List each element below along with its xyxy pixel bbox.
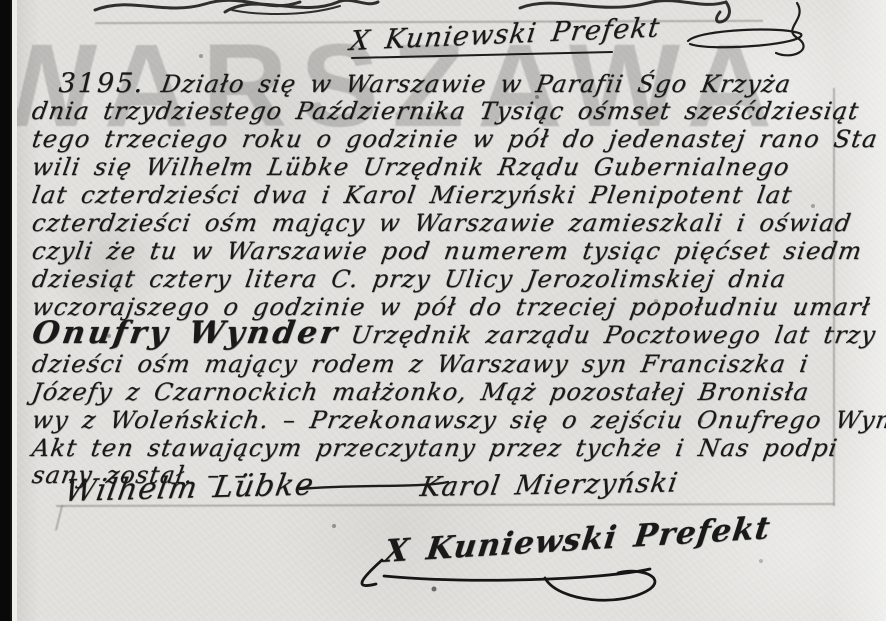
record-line: lat czterdzieści dwa i Karol Mierzyński … (30, 182, 794, 209)
record-line: Akt ten stawającym przeczytany przez tyc… (30, 435, 840, 462)
record-line: czyli że tu w Warszawie pod numerem tysi… (30, 238, 864, 265)
left-binding-edge (0, 0, 17, 621)
record-line: czterdzieści ośm mający w Warszawie zami… (30, 210, 854, 237)
record-line: tego trzeciego roku o godzinie w pół do … (30, 126, 880, 153)
record-line: wy z Woleńskich. – Przekonawszy się o ze… (30, 407, 886, 434)
record-line-text: Działo się w Warszawie w Parafii Śgo Krz… (159, 70, 793, 98)
record-line: dziesiąt cztery litera C. przy Ulicy Jer… (30, 266, 788, 293)
record-line: dnia trzydziestego Października Tysiąc o… (30, 98, 861, 125)
record-number: 3195. (55, 70, 148, 97)
witness-signature-wilhelm: Wilhelm Lübke (62, 467, 317, 509)
record-line: 3195.Działo się w Warszawie w Parafii Śg… (30, 70, 793, 98)
deceased-name: Onufry Wynder (30, 315, 343, 351)
record-line: Józefy z Czarnockich małżonko, Mąż pozos… (30, 379, 811, 406)
witness-signature-karol: Karol Mierzyński (418, 467, 681, 503)
prefect-signature-bottom: X Kuniewski Prefekt (382, 510, 773, 570)
record-line-deceased: Onufry WynderUrzędnik zarządu Pocztowego… (30, 320, 878, 349)
record-line: dzieści ośm mający rodem z Warszawy syn … (30, 351, 811, 378)
record-line: wili się Wilhelm Lübke Urzędnik Rządu Gu… (30, 154, 792, 181)
scanned-death-record-page: WARSZAWA X Kuniewski Prefekt 3195 (0, 0, 886, 621)
record-line-text: Urzędnik zarządu Pocztowego lat trzy (349, 321, 878, 349)
